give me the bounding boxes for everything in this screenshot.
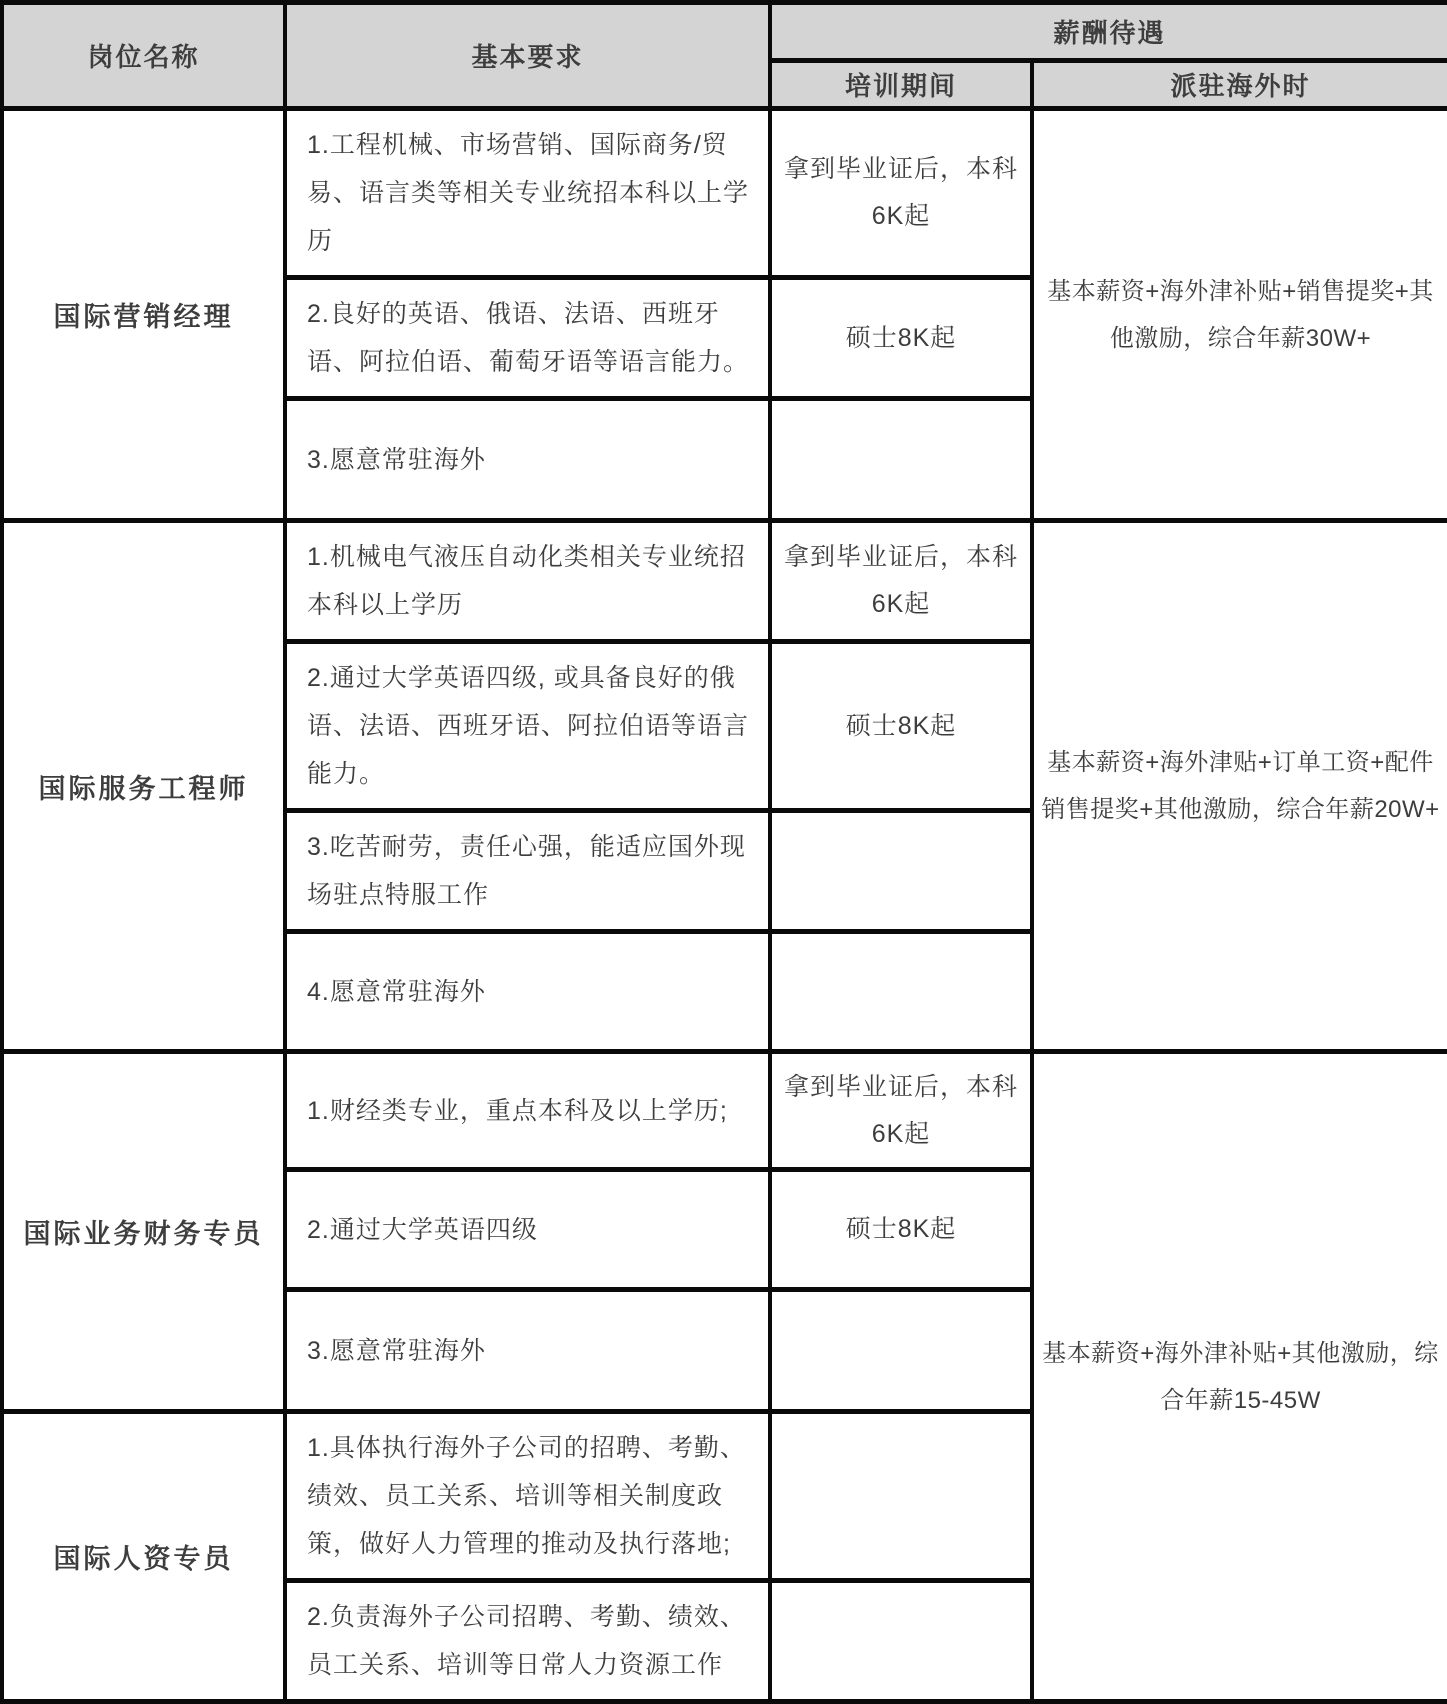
training-salary-cell-empty bbox=[770, 1412, 1032, 1581]
recruitment-table: 岗位名称 基本要求 薪酬待遇 培训期间 派驻海外时 国际营销经理 1.工程机械、… bbox=[0, 0, 1447, 1704]
requirement-cell: 3.吃苦耐劳，责任心强，能适应国外现场驻点特服工作 bbox=[285, 811, 770, 932]
requirement-cell: 2.良好的英语、俄语、法语、西班牙语、阿拉伯语、葡萄牙语等语言能力。 bbox=[285, 278, 770, 399]
overseas-salary-cell: 基本薪资+海外津补贴+其他激励，综合年薪15-45W bbox=[1032, 1052, 1447, 1702]
position-name-cell: 国际服务工程师 bbox=[2, 521, 285, 1052]
training-salary-cell: 拿到毕业证后，本科6K起 bbox=[770, 1052, 1032, 1170]
header-cell-position: 岗位名称 bbox=[2, 3, 285, 109]
header-row-top: 岗位名称 基本要求 薪酬待遇 bbox=[2, 3, 1447, 61]
requirement-cell: 1.具体执行海外子公司的招聘、考勤、绩效、员工关系、培训等相关制度政策，做好人力… bbox=[285, 1412, 770, 1581]
requirement-cell: 1.机械电气液压自动化类相关专业统招本科以上学历 bbox=[285, 521, 770, 642]
position-name-cell: 国际业务财务专员 bbox=[2, 1052, 285, 1412]
training-salary-cell: 硕士8K起 bbox=[770, 278, 1032, 399]
position-name-cell: 国际人资专员 bbox=[2, 1412, 285, 1702]
requirement-cell: 1.工程机械、市场营销、国际商务/贸易、语言类等相关专业统招本科以上学历 bbox=[285, 109, 770, 278]
requirement-cell: 4.愿意常驻海外 bbox=[285, 932, 770, 1052]
training-salary-cell-empty bbox=[770, 932, 1032, 1052]
table-row: 国际业务财务专员 1.财经类专业，重点本科及以上学历; 拿到毕业证后，本科6K起… bbox=[2, 1052, 1447, 1170]
requirement-cell: 3.愿意常驻海外 bbox=[285, 399, 770, 521]
header-cell-salary-group: 薪酬待遇 bbox=[770, 3, 1447, 61]
requirement-cell: 3.愿意常驻海外 bbox=[285, 1290, 770, 1412]
position-name-cell: 国际营销经理 bbox=[2, 109, 285, 521]
table-row: 国际服务工程师 1.机械电气液压自动化类相关专业统招本科以上学历 拿到毕业证后，… bbox=[2, 521, 1447, 642]
header-cell-overseas: 派驻海外时 bbox=[1032, 61, 1447, 109]
training-salary-cell: 拿到毕业证后，本科6K起 bbox=[770, 109, 1032, 278]
table-row: 国际营销经理 1.工程机械、市场营销、国际商务/贸易、语言类等相关专业统招本科以… bbox=[2, 109, 1447, 278]
requirement-cell: 2.负责海外子公司招聘、考勤、绩效、员工关系、培训等日常人力资源工作 bbox=[285, 1581, 770, 1702]
training-salary-cell: 硕士8K起 bbox=[770, 642, 1032, 811]
requirement-cell: 1.财经类专业，重点本科及以上学历; bbox=[285, 1052, 770, 1170]
overseas-salary-cell: 基本薪资+海外津贴+订单工资+配件销售提奖+其他激励，综合年薪20W+ bbox=[1032, 521, 1447, 1052]
training-salary-cell: 硕士8K起 bbox=[770, 1170, 1032, 1290]
requirement-cell: 2.通过大学英语四级 bbox=[285, 1170, 770, 1290]
training-salary-cell-empty bbox=[770, 1290, 1032, 1412]
training-salary-cell-empty bbox=[770, 1581, 1032, 1702]
overseas-salary-cell: 基本薪资+海外津补贴+销售提奖+其他激励，综合年薪30W+ bbox=[1032, 109, 1447, 521]
requirement-cell: 2.通过大学英语四级, 或具备良好的俄语、法语、西班牙语、阿拉伯语等语言能力。 bbox=[285, 642, 770, 811]
header-cell-training: 培训期间 bbox=[770, 61, 1032, 109]
training-salary-cell: 拿到毕业证后，本科6K起 bbox=[770, 521, 1032, 642]
header-cell-requirements: 基本要求 bbox=[285, 3, 770, 109]
training-salary-cell-empty bbox=[770, 399, 1032, 521]
training-salary-cell-empty bbox=[770, 811, 1032, 932]
